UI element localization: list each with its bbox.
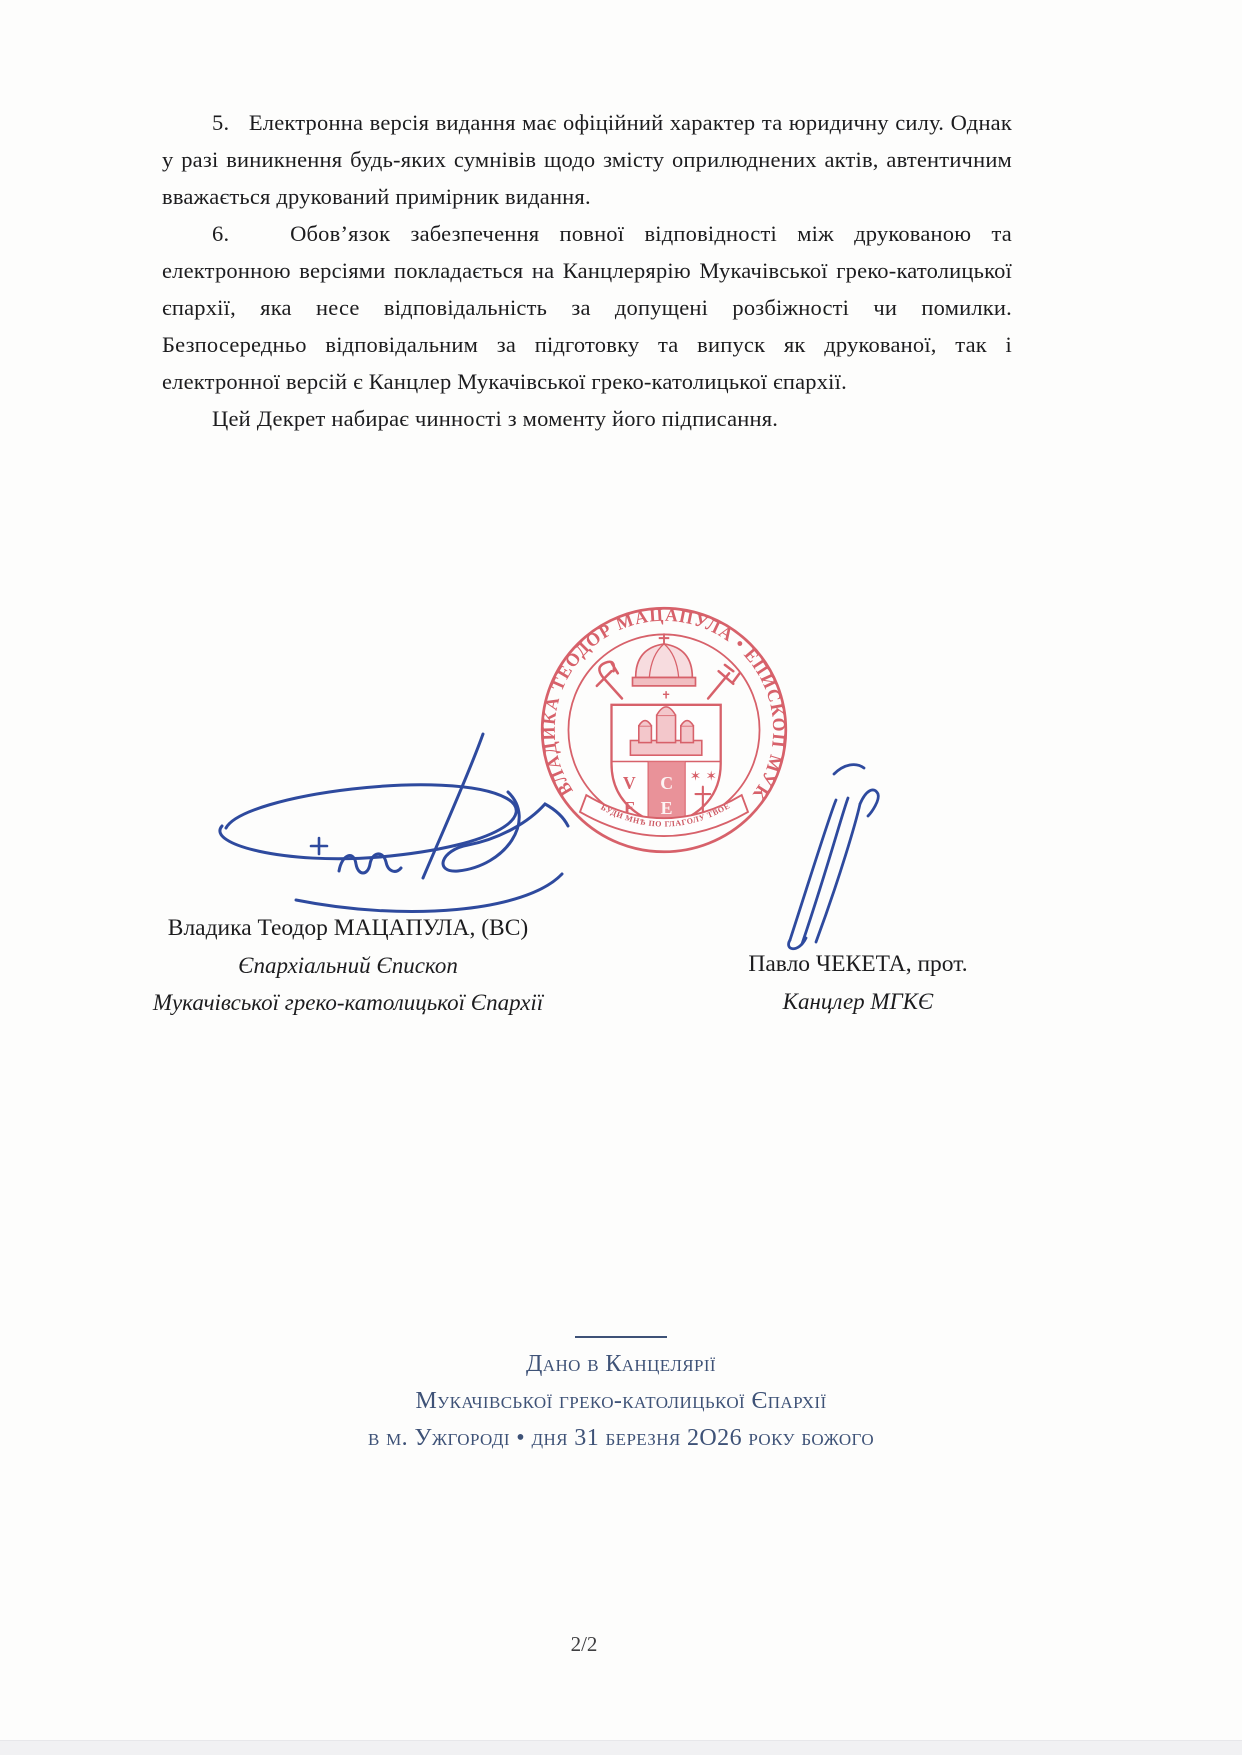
issuance-line1: Дано в Канцелярії [0, 1346, 1242, 1383]
bishop-signature-ink [196, 728, 578, 940]
issuance-line3: в м. Ужгороді • дня 31 березня 2О26 року… [0, 1420, 1242, 1457]
shield-letter-v: V [623, 773, 636, 793]
paragraph-5: 5. Електронна версія видання має офіційн… [162, 104, 1012, 215]
decree-body-text: 5. Електронна версія видання має офіційн… [162, 104, 1012, 437]
chancellor-signature-block: Павло ЧЕКЕТА, прот. Канцлер МГКЄ [682, 946, 1034, 1020]
chancellor-title: Канцлер МГКЄ [682, 983, 1034, 1020]
shield-letter-e: E [661, 798, 673, 818]
shield-letter-c: C [660, 773, 673, 793]
footer-divider [575, 1336, 667, 1338]
bishop-name: Владика Теодор МАЦАПУЛА, (ВС) [118, 910, 578, 947]
scanner-edge-strip [0, 1740, 1242, 1755]
bishop-title-line2: Мукачівської греко-католицької Єпархії [118, 984, 578, 1021]
star-icon: ✶ [706, 768, 717, 784]
coat-of-arms-shield: V C F E ✶ ✶ [612, 691, 721, 826]
paragraph-effective-date: Цей Декрет набирає чинності з моменту йо… [162, 400, 1012, 437]
bishop-signature-block: Владика Теодор МАЦАПУЛА, (ВС) Єпархіальн… [118, 910, 578, 1021]
chancellor-name: Павло ЧЕКЕТА, прот. [682, 946, 1034, 983]
bishop-title-line1: Єпархіальний Єпископ [118, 947, 578, 984]
page-number: 2/2 [0, 1632, 1168, 1657]
document-page: 5. Електронна версія видання має офіційн… [0, 0, 1242, 1755]
crozier-icon [597, 662, 622, 699]
paragraph-6: 6. Обов’язок забезпечення повної відпові… [162, 215, 1012, 400]
chancellor-signature-ink [772, 752, 904, 954]
processional-cross-icon [708, 665, 740, 699]
issuance-line2: Мукачівської греко-католицької Єпархії [0, 1383, 1242, 1420]
star-icon: ✶ [690, 768, 701, 784]
mitre-crown-icon [633, 633, 696, 686]
church-icon [630, 691, 701, 755]
issuance-block: Дано в Канцелярії Мукачівської греко-кат… [0, 1336, 1242, 1457]
